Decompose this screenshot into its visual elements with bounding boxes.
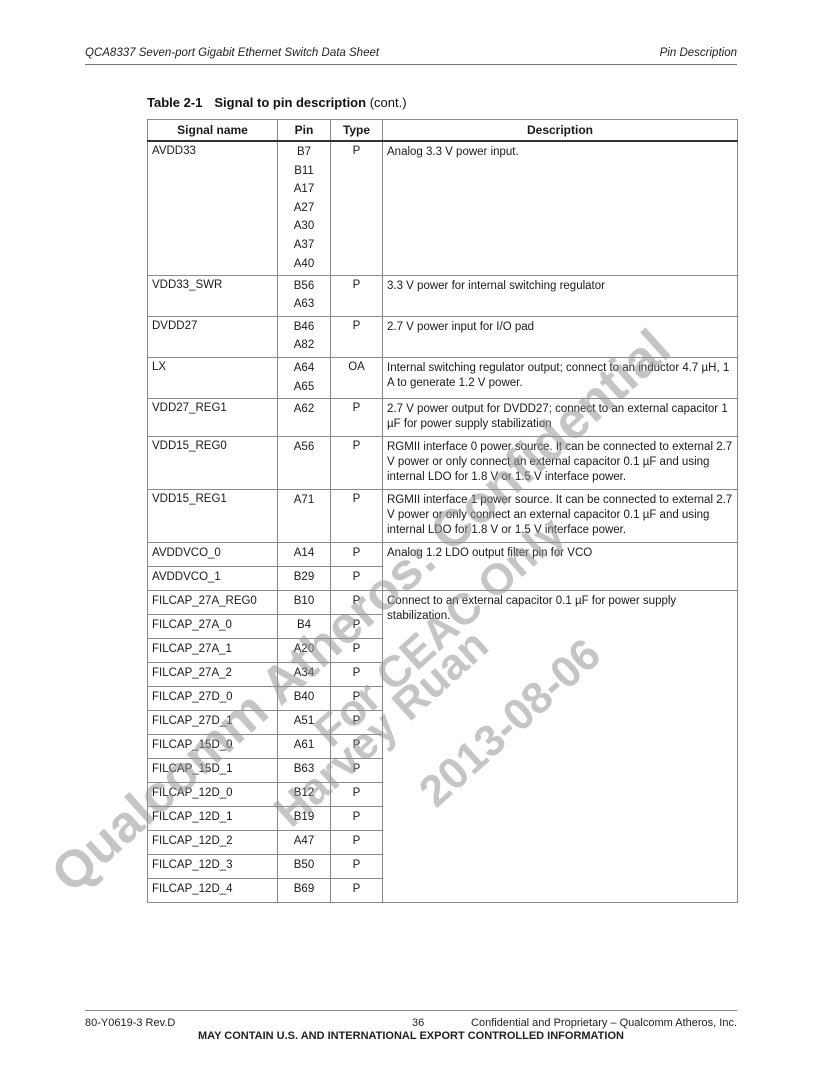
pin-number: B19: [278, 807, 331, 831]
pin-number: A47: [278, 831, 331, 855]
pin-type: P: [331, 855, 383, 879]
table-row: LXA64A65OAInternal switching regulator o…: [148, 358, 738, 399]
table-row: VDD33_SWRB56A63P3.3 V power for internal…: [148, 275, 738, 316]
pin-number: A63: [278, 295, 330, 314]
signal-name: FILCAP_27D_1: [148, 711, 278, 735]
signal-name: FILCAP_15D_0: [148, 735, 278, 759]
group-description: Connect to an external capacitor 0.1 µF …: [383, 591, 738, 903]
pin-type: P: [331, 490, 383, 543]
signal-name: AVDDVCO_1: [148, 567, 278, 591]
signal-name: FILCAP_27A_1: [148, 639, 278, 663]
table-number: Table 2-1: [147, 95, 202, 110]
pin-number: B29: [278, 567, 331, 591]
table-continued-label: (cont.): [370, 95, 407, 110]
pin-type: P: [331, 316, 383, 357]
pin-number: B46: [278, 318, 330, 337]
signal-name: AVDD33: [148, 141, 278, 275]
column-header-pin: Pin: [278, 120, 331, 142]
pin-type: P: [331, 879, 383, 903]
signal-name: DVDD27: [148, 316, 278, 357]
pin-type: P: [331, 639, 383, 663]
table-row: AVDD33B7B11A17A27A30A37A40PAnalog 3.3 V …: [148, 141, 738, 275]
pin-list: B7B11A17A27A30A37A40: [278, 141, 331, 275]
table-row: VDD27_REG1A62P2.7 V power output for DVD…: [148, 399, 738, 437]
table-header-row: Signal name Pin Type Description: [148, 120, 738, 142]
document-number: 80-Y0619-3 Rev.D: [85, 1017, 175, 1029]
pin-type: P: [331, 615, 383, 639]
table-row: VDD15_REG1A71PRGMII interface 1 power so…: [148, 490, 738, 543]
table-row: DVDD27B46A82P2.7 V power input for I/O p…: [148, 316, 738, 357]
pin-number: A37: [278, 236, 330, 255]
signal-name: FILCAP_12D_0: [148, 783, 278, 807]
pin-list: A62: [278, 399, 331, 437]
pin-type: P: [331, 759, 383, 783]
signal-name: FILCAP_12D_1: [148, 807, 278, 831]
pin-number: A17: [278, 180, 330, 199]
pin-number: B11: [278, 162, 330, 181]
signal-name: FILCAP_27D_0: [148, 687, 278, 711]
pin-description: 2.7 V power input for I/O pad: [383, 316, 738, 357]
pin-type: P: [331, 543, 383, 567]
signal-name: FILCAP_12D_2: [148, 831, 278, 855]
pin-list: A71: [278, 490, 331, 543]
signal-name: FILCAP_15D_1: [148, 759, 278, 783]
pin-type: P: [331, 141, 383, 275]
pin-type: P: [331, 831, 383, 855]
pin-number: A82: [278, 336, 330, 355]
signal-name: FILCAP_27A_2: [148, 663, 278, 687]
pin-list: A56: [278, 437, 331, 490]
page-footer: 80-Y0619-3 Rev.D 36 Confidential and Pro…: [85, 1010, 737, 1011]
pin-description: Analog 3.3 V power input.: [383, 141, 738, 275]
pin-type: P: [331, 711, 383, 735]
pin-number: B69: [278, 879, 331, 903]
section-title: Pin Description: [660, 47, 737, 59]
pin-type: P: [331, 591, 383, 615]
signal-name: FILCAP_27A_REG0: [148, 591, 278, 615]
signal-name: FILCAP_27A_0: [148, 615, 278, 639]
pin-description: RGMII interface 1 power source. It can b…: [383, 490, 738, 543]
pin-type: P: [331, 567, 383, 591]
pin-number: B12: [278, 783, 331, 807]
pin-number: A64: [278, 359, 330, 378]
pin-number: B63: [278, 759, 331, 783]
column-header-signal: Signal name: [148, 120, 278, 142]
pin-type: P: [331, 807, 383, 831]
group-description: Analog 1.2 LDO output filter pin for VCO: [383, 543, 738, 591]
pin-number: A71: [278, 491, 330, 510]
signal-name: VDD15_REG1: [148, 490, 278, 543]
pin-number: B7: [278, 143, 330, 162]
pin-description: 2.7 V power output for DVDD27; connect t…: [383, 399, 738, 437]
pin-number: A14: [278, 543, 331, 567]
pin-number: B50: [278, 855, 331, 879]
pin-number: B40: [278, 687, 331, 711]
column-header-type: Type: [331, 120, 383, 142]
column-header-description: Description: [383, 120, 738, 142]
signal-name: FILCAP_12D_4: [148, 879, 278, 903]
signal-name: FILCAP_12D_3: [148, 855, 278, 879]
signal-pin-table: Signal name Pin Type Description AVDD33B…: [147, 119, 738, 903]
pin-number: A30: [278, 217, 330, 236]
pin-type: P: [331, 663, 383, 687]
page-header: QCA8337 Seven-port Gigabit Ethernet Swit…: [85, 46, 737, 65]
pin-number: A51: [278, 711, 331, 735]
table-caption: Table 2-1Signal to pin description (cont…: [147, 95, 407, 110]
document-title: QCA8337 Seven-port Gigabit Ethernet Swit…: [85, 47, 379, 59]
pin-type: OA: [331, 358, 383, 399]
pin-type: P: [331, 687, 383, 711]
pin-number: B10: [278, 591, 331, 615]
pin-description: Internal switching regulator output; con…: [383, 358, 738, 399]
signal-name: VDD15_REG0: [148, 437, 278, 490]
signal-name: VDD33_SWR: [148, 275, 278, 316]
pin-type: P: [331, 783, 383, 807]
export-control-notice: MAY CONTAIN U.S. AND INTERNATIONAL EXPOR…: [85, 1030, 737, 1042]
table-row: AVDDVCO_0A14PAnalog 1.2 LDO output filte…: [148, 543, 738, 567]
pin-number: A27: [278, 199, 330, 218]
pin-number: A20: [278, 639, 331, 663]
pin-description: RGMII interface 0 power source. It can b…: [383, 437, 738, 490]
pin-number: A40: [278, 255, 330, 274]
pin-number: A56: [278, 438, 330, 457]
table-title: Signal to pin description: [214, 95, 366, 110]
pin-number: B56: [278, 277, 330, 296]
pin-type: P: [331, 275, 383, 316]
confidentiality-notice: Confidential and Proprietary – Qualcomm …: [471, 1017, 737, 1029]
pin-number: B4: [278, 615, 331, 639]
pin-type: P: [331, 735, 383, 759]
pin-list: A64A65: [278, 358, 331, 399]
pin-list: B46A82: [278, 316, 331, 357]
pin-type: P: [331, 399, 383, 437]
pin-number: A62: [278, 400, 330, 419]
pin-description: 3.3 V power for internal switching regul…: [383, 275, 738, 316]
table-row: FILCAP_27A_REG0B10PConnect to an externa…: [148, 591, 738, 615]
table-row: VDD15_REG0A56PRGMII interface 0 power so…: [148, 437, 738, 490]
signal-name: AVDDVCO_0: [148, 543, 278, 567]
pin-number: A61: [278, 735, 331, 759]
pin-type: P: [331, 437, 383, 490]
signal-name: LX: [148, 358, 278, 399]
signal-name: VDD27_REG1: [148, 399, 278, 437]
pin-number: A34: [278, 663, 331, 687]
page-number: 36: [412, 1017, 424, 1029]
pin-number: A65: [278, 378, 330, 397]
pin-list: B56A63: [278, 275, 331, 316]
